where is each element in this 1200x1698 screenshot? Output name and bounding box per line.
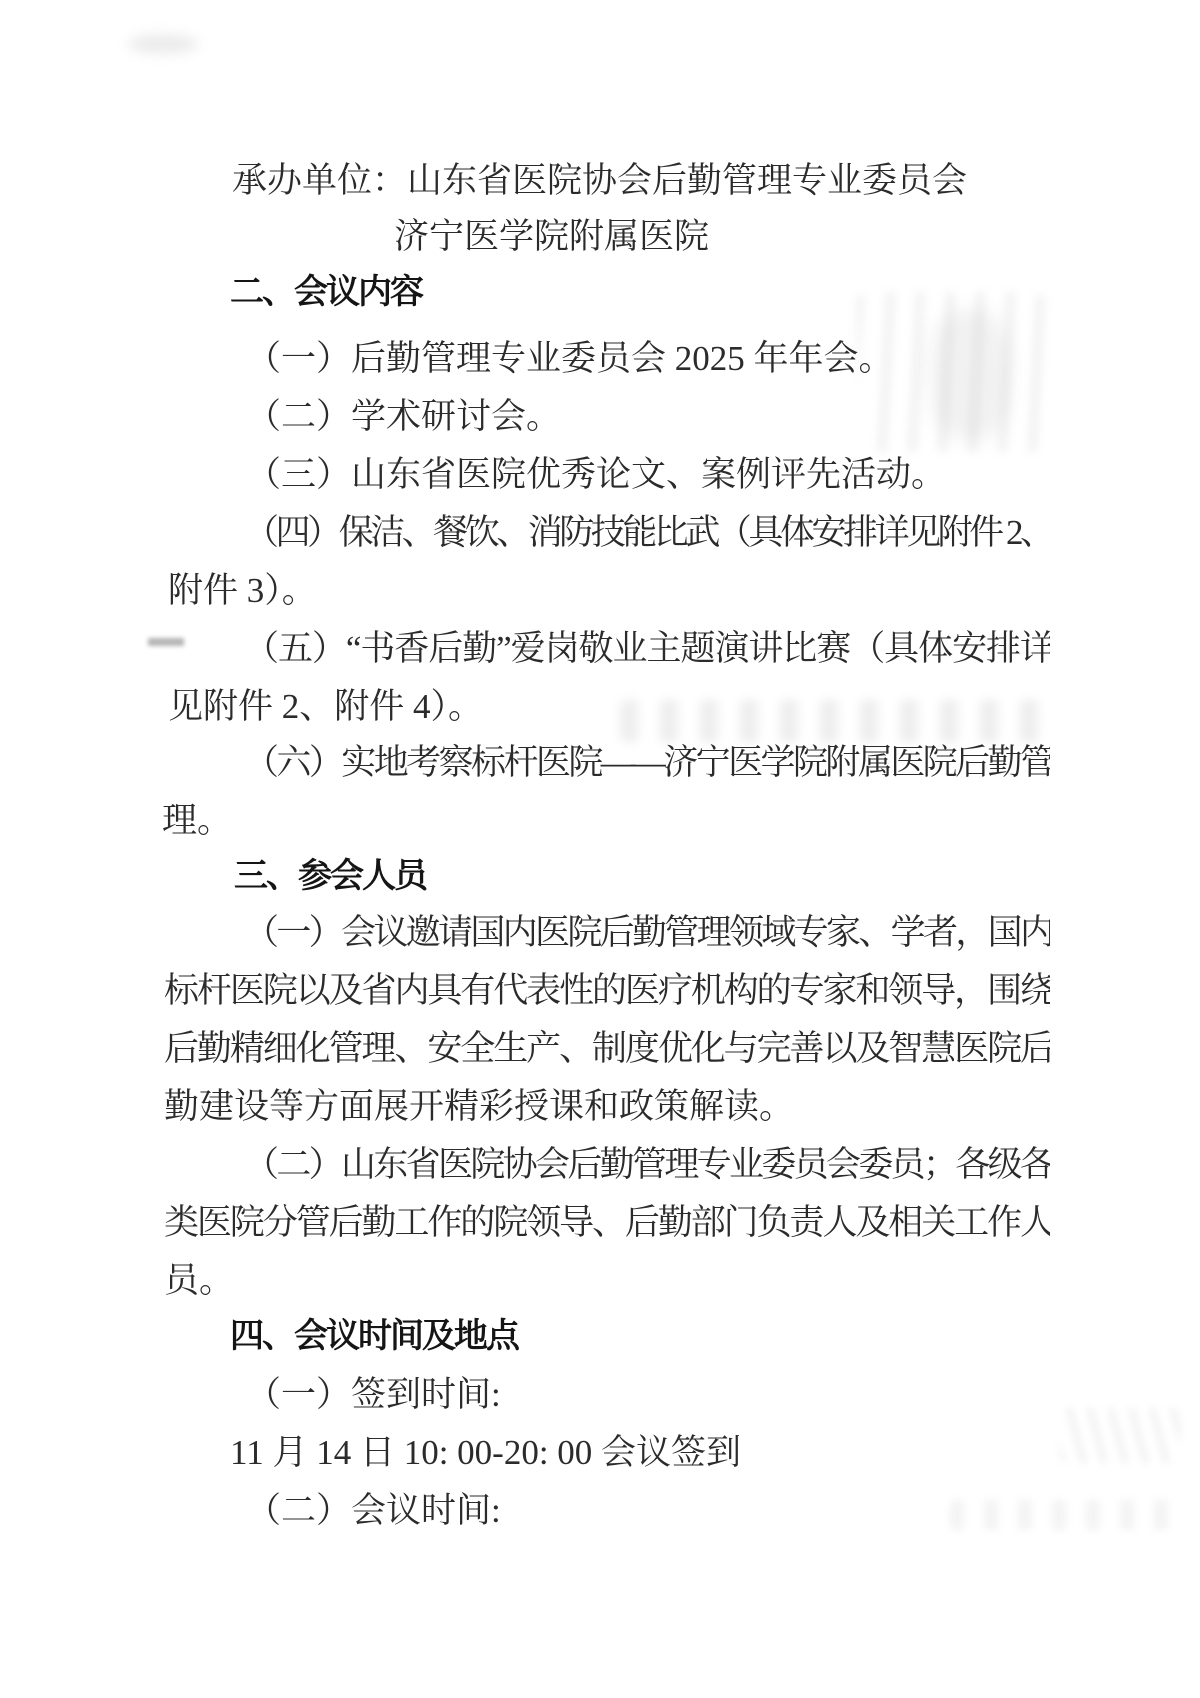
section-2-item-4-line-1: （四）保洁、餐饮、消防技能比武（具体安排详见附件 2、 [244,512,1050,558]
document-page: 承办单位：山东省医院协会后勤管理专业委员会 济宁医学院附属医院 二、会议内容 （… [0,0,1200,1698]
section-2-item-3: （三）山东省医院优秀论文、案例评先活动。 [246,454,946,496]
bleed-through-artifact [1060,1408,1180,1463]
bleed-through-artifact [930,310,1010,440]
section-2-item-6-line-1: （六）实地考察标杆医院——济宁医学院附属医院后勤管 [244,742,1050,788]
section-2-item-5-line-1: （五）“书香后勤”爱岗敬业主题演讲比赛（具体安排详 [244,628,1050,674]
organizer-line-1: 承办单位：山东省医院协会后勤管理专业委员会 [232,160,967,202]
section-4-heading: 四、会议时间及地点 [230,1316,518,1357]
section-4-item-2-label: （二）会议时间: [246,1490,501,1532]
section-3-item-1-line-3: 后勤精细化管理、安全生产、制度优化与完善以及智慧医院后 [164,1028,1050,1074]
section-4-item-1-time: 11 月 14 日 10: 00-20: 00 会议签到 [230,1432,741,1474]
bleed-through-artifact [950,1500,1180,1530]
section-2-item-4-line-2: 附件 3）。 [168,570,317,612]
section-4-item-1-label: （一）签到时间: [246,1374,501,1416]
section-2-item-6-line-2: 理。 [162,800,232,842]
section-2-item-1: （一）后勤管理专业委员会 2025 年年会。 [246,338,894,380]
section-3-item-2-line-2: 类医院分管后勤工作的院领导、后勤部门负责人及相关工作人 [164,1202,1050,1248]
section-3-item-1-line-2: 标杆医院以及省内具有代表性的医疗机构的专家和领导，围绕 [164,970,1050,1016]
section-3-item-1-line-4: 勤建设等方面展开精彩授课和政策解读。 [164,1086,794,1128]
section-3-item-2-line-1: （二）山东省医院协会后勤管理专业委员会委员；各级各 [244,1144,1050,1190]
organizer-line-2: 济宁医学院附属医院 [394,216,709,258]
section-3-item-1-line-1: （一）会议邀请国内医院后勤管理领域专家、学者，国内 [244,912,1050,958]
section-2-heading: 二、会议内容 [230,272,422,313]
section-2-item-5-line-2: 见附件 2、附件 4）。 [168,686,483,728]
bleed-through-artifact [620,700,1050,742]
scan-smudge [128,34,198,54]
section-2-item-2: （二）学术研讨会。 [246,396,561,438]
section-3-heading: 三、参会人员 [234,856,426,897]
section-3-item-2-line-3: 员。 [164,1260,234,1302]
scan-smudge [148,638,184,646]
